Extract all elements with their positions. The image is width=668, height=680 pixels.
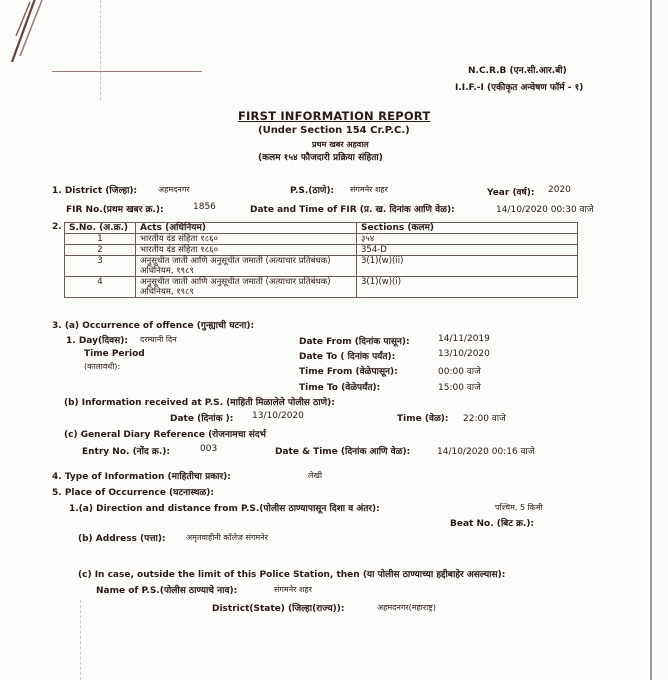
background-strip — [652, 0, 668, 680]
time-from-value: 00:00 वाजे — [438, 364, 481, 377]
sections-header: Sections (कलम) — [357, 223, 578, 234]
gd-datetime-label: Date & Time (दिनांक आणि वेळ): — [275, 444, 410, 457]
sno-cell: 4 — [65, 277, 136, 298]
date-to-value: 13/10/2020 — [438, 349, 490, 359]
district-state-value: अहमदनगर(महाराष्ट्र) — [377, 602, 436, 613]
fir-no-value: 1856 — [193, 202, 216, 212]
table-row: 3 अनुसूचीत जाती आणि अनुसूचीत जमाती (अत्य… — [65, 256, 578, 277]
section-cell: 3(1)(w)(ii) — [357, 256, 578, 277]
acts-table-header: S.No. (अ.क्र.) Acts (अधिनियम) Sections (… — [65, 223, 578, 234]
top-rule — [52, 71, 202, 72]
direction-label: 1.(a) Direction and distance from P.S.(प… — [69, 501, 380, 514]
marathi-title: प्रथम खबर अहवाल — [312, 139, 369, 150]
info-type-label: 4. Type of Information (माहितीचा प्रकार)… — [52, 469, 231, 482]
ps-value: संगमनेर शहर — [350, 184, 388, 195]
fold-line — [80, 600, 81, 680]
pen-stroke-mark — [8, 0, 48, 76]
acts-table: S.No. (अ.क्र.) Acts (अधिनियम) Sections (… — [64, 222, 578, 298]
info-type-value: लेखी — [308, 470, 322, 481]
district-state-label: District(State) (जिल्हा(राज्य)): — [212, 601, 344, 614]
year-label: Year (वर्ष): — [487, 185, 534, 198]
fir-datetime-label: Date and Time of FIR (प्र. ख. दिनांक आणि… — [250, 202, 455, 215]
fir-datetime-value: 14/10/2020 00:30 वाजे — [496, 202, 594, 215]
ncrb-label: N.C.R.B (एन.सी.आर.बी) — [468, 63, 567, 76]
info-date-value: 13/10/2020 — [252, 411, 304, 421]
act-cell: अनुसूचीत जाती आणि अनुसूचीत जमाती (अत्याच… — [136, 277, 357, 298]
section-cell: ३५४ — [357, 234, 578, 245]
act-cell: अनुसूचीत जाती आणि अनुसूचीत जमाती (अत्याच… — [136, 256, 357, 277]
fold-line — [100, 0, 101, 100]
other-ps-value: संगमनेर शहर — [274, 584, 312, 595]
document-title: FIRST INFORMATION REPORT — [238, 109, 430, 123]
under-section-label: (Under Section 154 Cr.P.C.) — [258, 125, 410, 136]
table-row: 4 अनुसूचीत जाती आणि अनुसूचीत जमाती (अत्य… — [65, 277, 578, 298]
other-ps-label: Name of P.S.(पोलीस ठाण्याचे नाव): — [96, 583, 237, 596]
table-row: 2 भारतीय दंड संहिता १८६० 354-D — [65, 245, 578, 256]
act-cell: भारतीय दंड संहिता १८६० — [136, 234, 357, 245]
time-period-marathi: (कालावधी): — [84, 361, 120, 372]
sno-cell: 2 — [65, 245, 136, 256]
section-cell: 3(1)(w)(i) — [357, 277, 578, 298]
info-time-value: 22:00 वाजे — [463, 411, 506, 424]
date-from-value: 14/11/2019 — [438, 334, 490, 344]
table-row: 1 भारतीय दंड संहिता १८६० ३५४ — [65, 234, 578, 245]
direction-value: पश्चिम, 5 किमी — [495, 502, 543, 513]
gd-datetime-value: 14/10/2020 00:16 वाजे — [437, 444, 535, 457]
year-value: 2020 — [548, 185, 571, 195]
info-received-label: (b) Information received at P.S. (माहिती… — [64, 395, 335, 408]
fir-document-page: N.C.R.B (एन.सी.आर.बी) I.I.F.-I (एकीकृत अ… — [0, 0, 650, 680]
sno-cell: 3 — [65, 256, 136, 277]
district-label: 1. District (जिल्हा): — [52, 183, 137, 196]
info-date-label: Date (दिनांक ): — [170, 411, 233, 424]
marathi-section: (कलम १५४ फौजदारी प्रक्रिया संहिता) — [258, 150, 383, 163]
time-period-label: Time Period — [84, 349, 145, 359]
sno-header: S.No. (अ.क्र.) — [65, 223, 136, 234]
fir-no-label: FIR No.(प्रथम खबर क्र.): — [66, 202, 164, 215]
entry-no-label: Entry No. (नोंद क्र.): — [82, 444, 170, 457]
occurrence-heading: 3. (a) Occurrence of offence (गुन्ह्याची… — [52, 318, 254, 331]
entry-no-value: 003 — [200, 444, 217, 454]
info-time-label: Time (वेळ): — [397, 411, 449, 424]
date-from-label: Date From (दिनांक पासून): — [299, 334, 410, 347]
iif-label: I.I.F.-I (एकीकृत अन्वेषण फॉर्म - १) — [455, 80, 583, 93]
date-to-label: Date To ( दिनांक पर्यंत): — [299, 349, 395, 362]
sno-cell: 1 — [65, 234, 136, 245]
address-value: अमृतवाहीनी कॉलेज संगमनेर — [186, 532, 268, 543]
place-heading: 5. Place of Occurrence (घटनास्थळ): — [52, 485, 214, 498]
outside-limit-label: (c) In case, outside the limit of this P… — [78, 567, 505, 580]
time-to-value: 15:00 वाजे — [438, 380, 481, 393]
district-value: अहमदनगर — [158, 184, 190, 195]
time-from-label: Time From (वेळेपासून): — [299, 364, 398, 377]
acts-header: Acts (अधिनियम) — [136, 223, 357, 234]
section-cell: 354-D — [357, 245, 578, 256]
gd-reference-label: (c) General Diary Reference (रोजनामचा सं… — [64, 427, 266, 440]
beat-no-label: Beat No. (बिट क्र.): — [450, 516, 534, 529]
ps-label: P.S.(ठाणे): — [290, 183, 334, 196]
day-value: दरम्यानी दिन — [140, 334, 177, 345]
time-to-label: Time To (वेळेपर्यंत): — [299, 380, 380, 393]
day-label: 1. Day(दिवस): — [66, 333, 128, 346]
address-label: (b) Address (पत्ता): — [78, 531, 166, 544]
acts-section-number: 2. — [52, 222, 62, 232]
act-cell: भारतीय दंड संहिता १८६० — [136, 245, 357, 256]
